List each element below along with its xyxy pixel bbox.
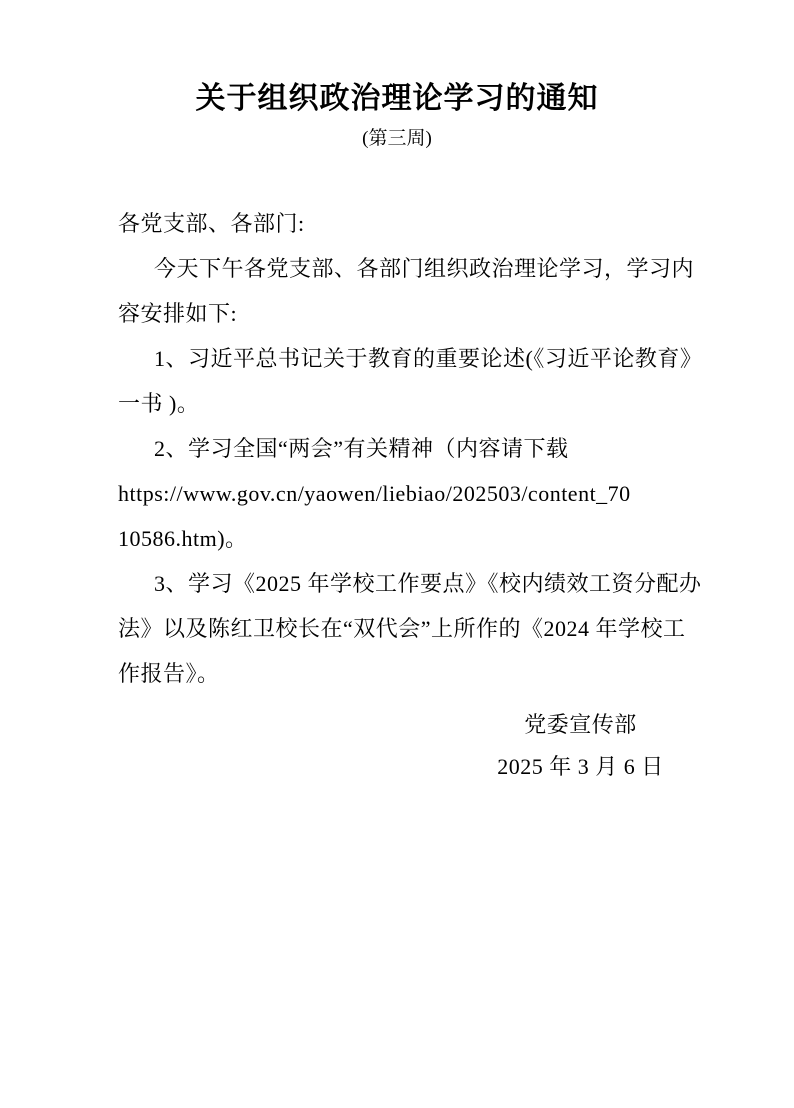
signature-date: 2025 年 3 月 6 日 xyxy=(367,746,794,788)
item-2-url-line-1: https://www.gov.cn/yaowen/liebiao/202503… xyxy=(118,471,675,516)
item-3-line-3: 作报告》。 xyxy=(118,651,675,696)
intro-line-2: 容安排如下: xyxy=(118,291,675,336)
item-3-line-1: 3、学习《2025 年学校工作要点》《校内绩效工资分配办 xyxy=(118,561,675,606)
intro-line-1: 今天下午各党支部、各部门组织政治理论学习，学习内 xyxy=(118,246,675,291)
item-1-line-1: 1、习近平总书记关于教育的重要论述(《习近平论教育》 xyxy=(118,336,675,381)
document-subtitle: (第三周) xyxy=(0,124,794,154)
item-3-line-2: 法》以及陈红卫校长在“双代会”上所作的《2024 年学校工 xyxy=(118,606,675,651)
document-title: 关于组织政治理论学习的通知 xyxy=(0,78,794,120)
salutation-line: 各党支部、各部门: xyxy=(118,201,675,246)
item-1-line-2: 一书 )。 xyxy=(118,381,675,426)
signature-department: 党委宣传部 xyxy=(367,704,794,746)
item-2-line-1: 2、学习全国“两会”有关精神（内容请下载 xyxy=(118,426,675,471)
document-page: 关于组织政治理论学习的通知 (第三周) 各党支部、各部门: 今天下午各党支部、各… xyxy=(0,0,794,1108)
document-body: 各党支部、各部门: 今天下午各党支部、各部门组织政治理论学习，学习内 容安排如下… xyxy=(0,201,794,696)
signature-block: 党委宣传部 2025 年 3 月 6 日 xyxy=(367,704,794,788)
item-2-url-line-2: 10586.htm)。 xyxy=(118,516,675,561)
